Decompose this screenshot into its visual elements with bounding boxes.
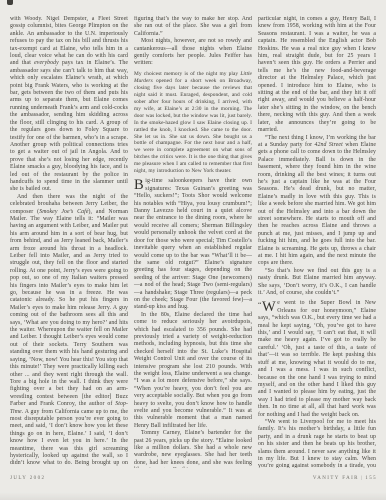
footer-right: VANITY FAIR|155	[313, 476, 377, 481]
paragraph: Most nights, however, are not so rowdy a…	[134, 38, 252, 68]
body-text: “So that’s how we find out this guy is a…	[258, 268, 376, 296]
body-text: figuring that’s the way to make her stop…	[134, 16, 252, 37]
drop-cap: B	[134, 178, 145, 192]
page-bottom-shade	[0, 492, 386, 500]
magazine-page: with Woody. Nigel Dempster, a Fleet Stre…	[0, 0, 386, 500]
footer: JULY 2002 VANITY FAIR|155	[10, 476, 377, 481]
text-column-2: figuring that’s the way to make her stop…	[134, 16, 252, 468]
body-text: In the 80s, Elaine declared the time had…	[134, 312, 252, 429]
footer-page-number: 155	[365, 476, 377, 481]
body-text: particular night, in comes a guy, Henry …	[258, 16, 376, 133]
drop-cap: W	[262, 300, 277, 314]
paragraph: In the 80s, Elaine declared the time had…	[134, 312, 252, 431]
body-text: with Woody. Nigel Dempster, a Fleet Stre…	[10, 16, 128, 66]
paragraph: Tommy Carney, Elaine’s bartender for the…	[134, 430, 252, 468]
paragraph: “The next thing I know, I’m working the …	[258, 135, 376, 268]
body-text: My choicest memory is of the night my pl…	[134, 71, 240, 77]
text-column-1: with Woody. Nigel Dempster, a Fleet Stre…	[10, 16, 128, 468]
body-text: e went to the Super Bowl in New Orleans …	[258, 300, 376, 417]
block-quote: My choicest memory is of the night my pl…	[134, 71, 252, 175]
body-text: Most nights, however, are not so rowdy a…	[134, 38, 252, 66]
article-columns: with Woody. Nigel Dempster, a Fleet Stre…	[10, 16, 377, 468]
paragraph: “So that’s how we find out this guy is a…	[258, 268, 376, 298]
paragraph: with Woody. Nigel Dempster, a Fleet Stre…	[10, 16, 128, 194]
italic-text: 42nd Street	[315, 142, 343, 148]
body-text: “We went to Liverpool for me to meet his…	[258, 419, 376, 468]
italic-text: everybody	[34, 60, 59, 66]
body-text: ig-time saloonkeepers have their own sig…	[134, 178, 252, 310]
paragraph: “We went to Liverpool for me to meet his…	[258, 419, 376, 468]
paragraph: And then there was the night of the cele…	[10, 194, 128, 468]
text-column-3: particular night, in comes a guy, Henry …	[258, 16, 376, 468]
footer-date: JULY 2002	[10, 476, 45, 481]
body-text: Tommy Carney, Elaine’s bartender for the…	[134, 430, 252, 468]
paragraph: figuring that’s the way to make her stop…	[134, 16, 252, 38]
body-text: ), and Norman Mailer. The way Elaine tel…	[10, 209, 128, 408]
body-text: pays tax in Elaine’s. The ambassador say…	[10, 60, 128, 192]
paragraph: Big-time saloonkeepers have their own si…	[134, 178, 252, 311]
body-text: when Elaine gets a phone call to come do…	[258, 142, 376, 267]
body-text: . A guy from California came up to me, t…	[10, 409, 128, 468]
italic-text: Smokey Joe’s Café	[39, 209, 88, 215]
footer-brand: VANITY FAIR	[313, 476, 359, 481]
body-text: opened for a short week on Broadway, clo…	[134, 78, 252, 174]
scan-artifact-mark	[7, 0, 13, 5]
paragraph: “We went to the Super Bowl in New Orlean…	[258, 300, 376, 419]
paragraph: particular night, in comes a guy, Henry …	[258, 16, 376, 135]
